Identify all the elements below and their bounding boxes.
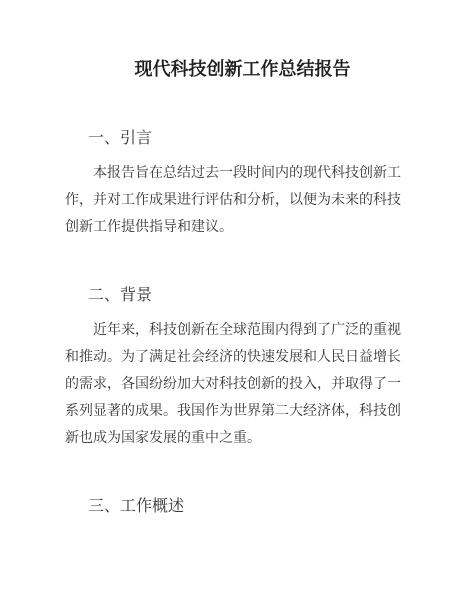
section-work-overview: 三、工作概述	[65, 493, 398, 520]
section-introduction: 一、引言 本报告旨在总结过去一段时间内的现代科技创新工 作，并对工作成果进行评估…	[65, 125, 398, 240]
paragraph-line: 作，并对工作成果进行评估和分析，以便为未来的科技	[65, 186, 398, 213]
paragraph-line: 的需求，各国纷纷加大对科技创新的投入，并取得了一	[65, 370, 398, 397]
paragraph: 近年来，科技创新在全球范围内得到了广泛的重视 和推动。为了满足社会经济的快速发展…	[65, 316, 398, 451]
paragraph-line: 本报告旨在总结过去一段时间内的现代科技创新工	[65, 159, 398, 186]
paragraph-line: 近年来，科技创新在全球范围内得到了广泛的重视	[65, 316, 398, 343]
paragraph-line: 创新工作提供指导和建议。	[65, 213, 398, 240]
document-page: 现代科技创新工作总结报告 一、引言 本报告旨在总结过去一段时间内的现代科技创新工…	[0, 0, 463, 600]
paragraph: 本报告旨在总结过去一段时间内的现代科技创新工 作，并对工作成果进行评估和分析，以…	[65, 159, 398, 240]
section-heading-introduction: 一、引言	[65, 125, 398, 152]
paragraph-line: 新也成为国家发展的重中之重。	[65, 424, 398, 451]
section-heading-work-overview: 三、工作概述	[65, 493, 398, 520]
paragraph-line: 和推动。为了满足社会经济的快速发展和人民日益增长	[65, 343, 398, 370]
section-heading-background: 二、背景	[65, 282, 398, 309]
document-title: 现代科技创新工作总结报告	[65, 56, 398, 83]
paragraph-line: 系列显著的成果。我国作为世界第二大经济体，科技创	[65, 397, 398, 424]
section-background: 二、背景 近年来，科技创新在全球范围内得到了广泛的重视 和推动。为了满足社会经济…	[65, 282, 398, 451]
